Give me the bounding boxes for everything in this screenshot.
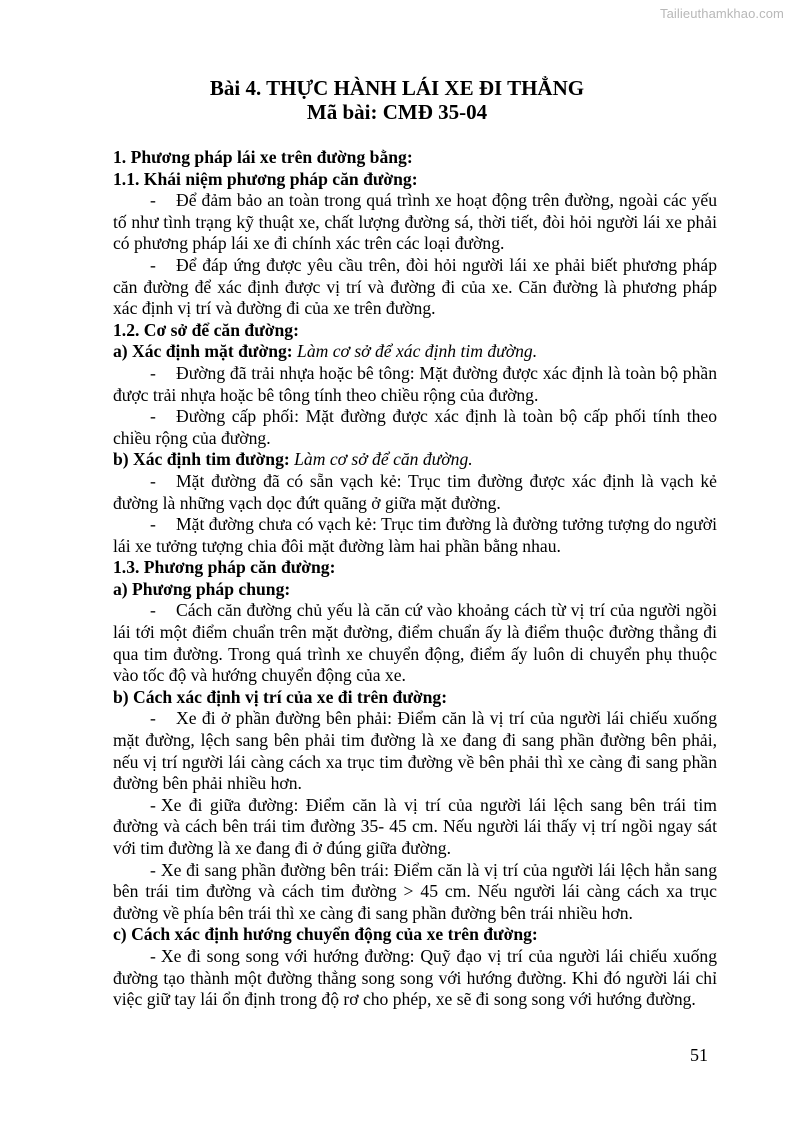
- paragraph: -Cách căn đường chủ yếu là căn cứ vào kh…: [113, 600, 717, 686]
- paragraph-text: Đường đã trải nhựa hoặc bê tông: Mặt đườ…: [113, 363, 717, 405]
- page-number: 51: [690, 1045, 708, 1066]
- paragraph-text: Đường cấp phối: Mặt đường được xác định …: [113, 406, 717, 448]
- paragraph-text: Xe đi song song với hướng đường: Quỹ đạo…: [113, 946, 717, 1009]
- subheading-b-vehicle-position: b) Cách xác định vị trí của xe đi trên đ…: [113, 687, 717, 709]
- subheading-note: Làm cơ sở để căn đường.: [294, 449, 473, 469]
- subheading-note: Làm cơ sở để xác định tim đường.: [297, 341, 537, 361]
- section-heading-1-3: 1.3. Phương pháp căn đường:: [113, 557, 717, 579]
- paragraph: -Xe đi song song với hướng đường: Quỹ đạ…: [113, 946, 717, 1011]
- paragraph: -Mặt đường chưa có vạch kẻ: Trục tim đườ…: [113, 514, 717, 557]
- bullet-dash: -: [150, 860, 156, 882]
- paragraph-text: Để đảm bảo an toàn trong quá trình xe ho…: [113, 190, 717, 253]
- bullet-dash: -: [150, 363, 176, 385]
- paragraph-text: Xe đi giữa đường: Điểm căn là vị trí của…: [113, 795, 717, 858]
- subheading-a-road-surface: a) Xác định mặt đường: Làm cơ sở để xác …: [113, 341, 717, 363]
- watermark: Tailieuthamkhao.com: [660, 6, 784, 21]
- bullet-dash: -: [150, 946, 156, 968]
- bullet-dash: -: [150, 514, 176, 536]
- bullet-dash: -: [150, 795, 156, 817]
- paragraph: -Xe đi giữa đường: Điểm căn là vị trí củ…: [113, 795, 717, 860]
- section-heading-1-1: 1.1. Khái niệm phương pháp căn đường:: [113, 169, 717, 191]
- subheading-c-vehicle-direction: c) Cách xác định hướng chuyển động của x…: [113, 924, 717, 946]
- paragraph: -Để đảm bảo an toàn trong quá trình xe h…: [113, 190, 717, 255]
- bullet-dash: -: [150, 471, 176, 493]
- paragraph: -Đường cấp phối: Mặt đường được xác định…: [113, 406, 717, 449]
- paragraph: -Đường đã trải nhựa hoặc bê tông: Mặt đư…: [113, 363, 717, 406]
- document-body: 1. Phương pháp lái xe trên đường bằng: 1…: [113, 147, 717, 1011]
- lesson-title: Bài 4. THỰC HÀNH LÁI XE ĐI THẲNG: [0, 76, 794, 100]
- bullet-dash: -: [150, 190, 176, 212]
- bullet-dash: -: [150, 708, 176, 730]
- document-title: Bài 4. THỰC HÀNH LÁI XE ĐI THẲNG Mã bài:…: [0, 76, 794, 124]
- paragraph-text: Mặt đường chưa có vạch kẻ: Trục tim đườn…: [113, 514, 717, 556]
- paragraph-text: Để đáp ứng được yêu cầu trên, đòi hỏi ng…: [113, 255, 717, 318]
- subheading-b-road-center: b) Xác định tim đường: Làm cơ sở để căn …: [113, 449, 717, 471]
- paragraph: -Xe đi ở phần đường bên phải: Điểm căn l…: [113, 708, 717, 794]
- section-heading-1-2: 1.2. Cơ sở để căn đường:: [113, 320, 717, 342]
- bullet-dash: -: [150, 255, 176, 277]
- lesson-code: Mã bài: CMĐ 35-04: [0, 100, 794, 124]
- paragraph: -Mặt đường đã có sẵn vạch kẻ: Trục tim đ…: [113, 471, 717, 514]
- paragraph-text: Mặt đường đã có sẵn vạch kẻ: Trục tim đư…: [113, 471, 717, 513]
- subheading-label: b) Xác định tim đường:: [113, 449, 290, 469]
- paragraph-text: Xe đi ở phần đường bên phải: Điểm căn là…: [113, 708, 717, 793]
- bullet-dash: -: [150, 600, 176, 622]
- paragraph: -Để đáp ứng được yêu cầu trên, đòi hỏi n…: [113, 255, 717, 320]
- paragraph-text: Xe đi sang phần đường bên trái: Điểm căn…: [113, 860, 717, 923]
- paragraph-text: Cách căn đường chủ yếu là căn cứ vào kho…: [113, 600, 717, 685]
- section-heading-1: 1. Phương pháp lái xe trên đường bằng:: [113, 147, 717, 169]
- subheading-label: a) Xác định mặt đường:: [113, 341, 293, 361]
- bullet-dash: -: [150, 406, 176, 428]
- subheading-a-general-method: a) Phương pháp chung:: [113, 579, 717, 601]
- paragraph: -Xe đi sang phần đường bên trái: Điểm că…: [113, 860, 717, 925]
